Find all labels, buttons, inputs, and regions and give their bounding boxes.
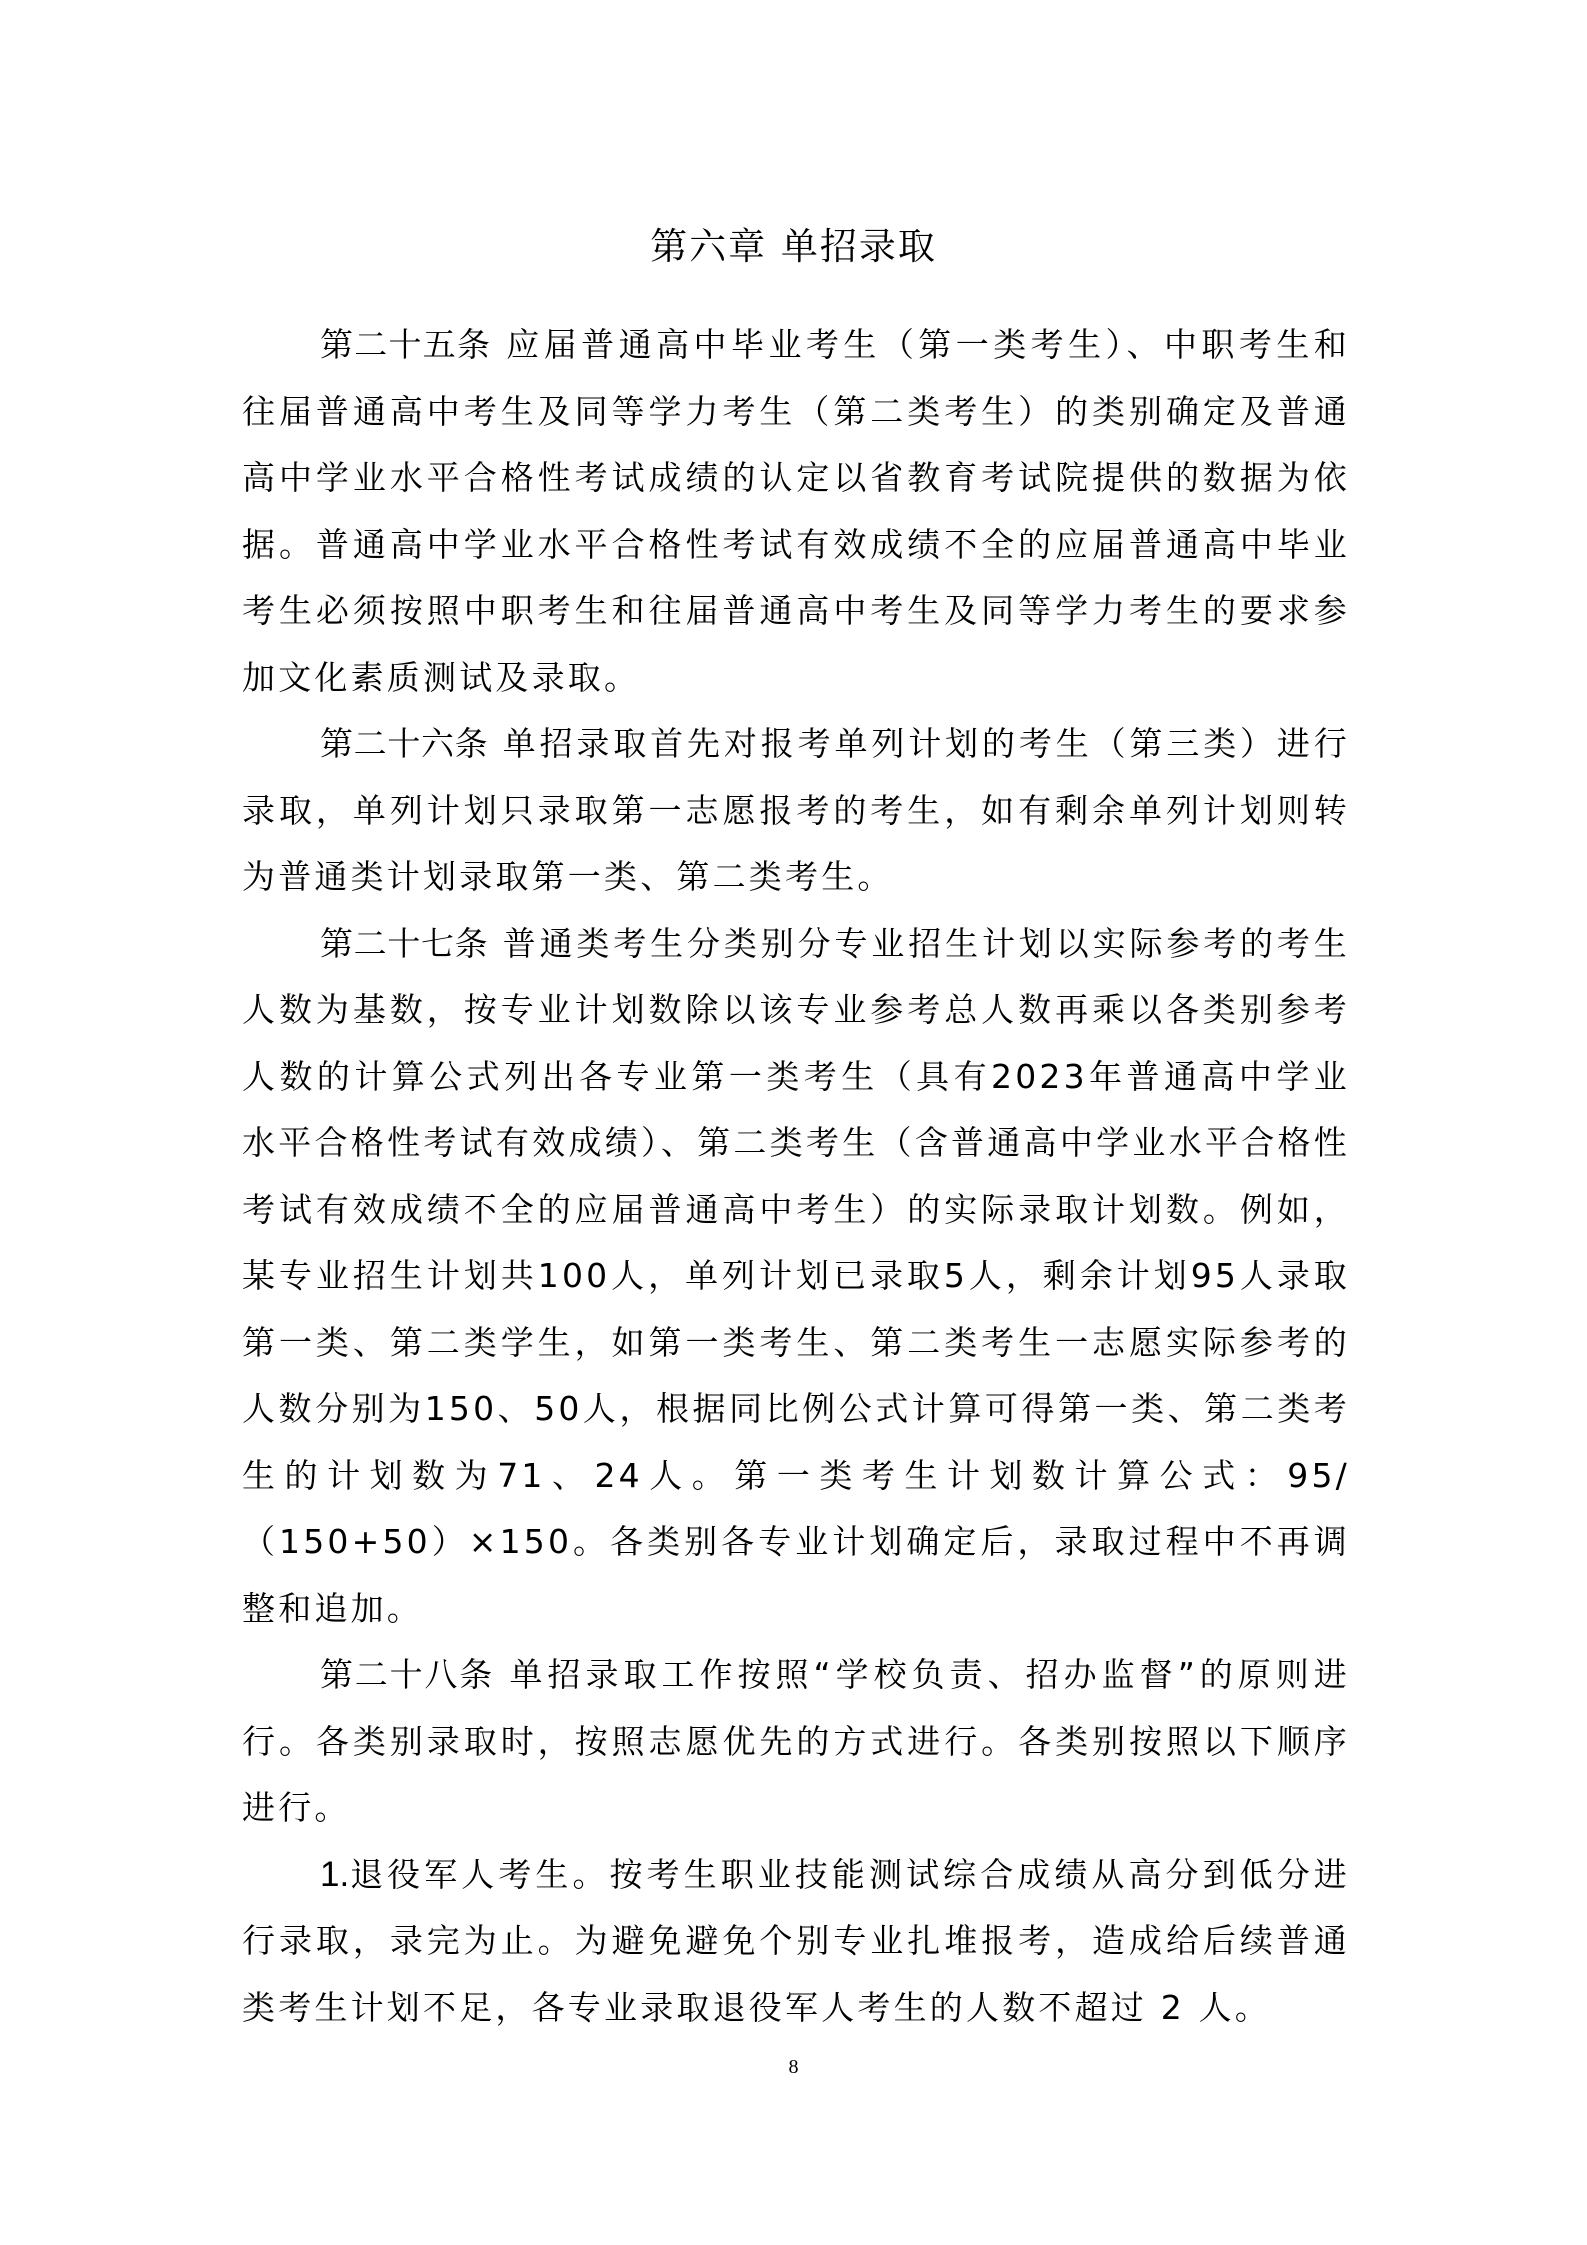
list-item-text: 退役军人考生。按考生职业技能测试综合成绩从高分到低分进行录取，录完为止。为避免避… [242, 1855, 1350, 2027]
article-27: 第二十七条 普通类考生分类别分专业招生计划以实际参考的考生人数为基数，按专业计划… [242, 911, 1350, 1643]
article-text: 普通类考生分类别分专业招生计划以实际参考的考生人数为基数，按专业计划数除以该专业… [242, 924, 1350, 1628]
list-item-1: 1.退役军人考生。按考生职业技能测试综合成绩从高分到低分进行录取，录完为止。为避… [242, 1842, 1350, 2042]
article-25: 第二十五条 应届普通高中毕业考生（第一类考生）、中职考生和往届普通高中考生及同等… [242, 312, 1350, 711]
article-26: 第二十六条 单招录取首先对报考单列计划的考生（第三类）进行录取，单列计划只录取第… [242, 711, 1350, 911]
article-lead: 第二十五条 [320, 325, 491, 364]
page-number: 8 [0, 2056, 1587, 2079]
list-item-number: 1. [320, 1855, 349, 1894]
chapter-title: 第六章 单招录取 [0, 222, 1587, 272]
document-body: 第二十五条 应届普通高中毕业考生（第一类考生）、中职考生和往届普通高中考生及同等… [242, 312, 1350, 2041]
article-text: 应届普通高中毕业考生（第一类考生）、中职考生和往届普通高中考生及同等学力考生（第… [242, 325, 1350, 697]
article-28: 第二十八条 单招录取工作按照“学校负责、招办监督”的原则进行。各类别录取时，按照… [242, 1642, 1350, 1842]
article-lead: 第二十六条 [320, 724, 488, 763]
article-lead: 第二十七条 [320, 924, 488, 963]
article-lead: 第二十八条 [320, 1655, 494, 1694]
